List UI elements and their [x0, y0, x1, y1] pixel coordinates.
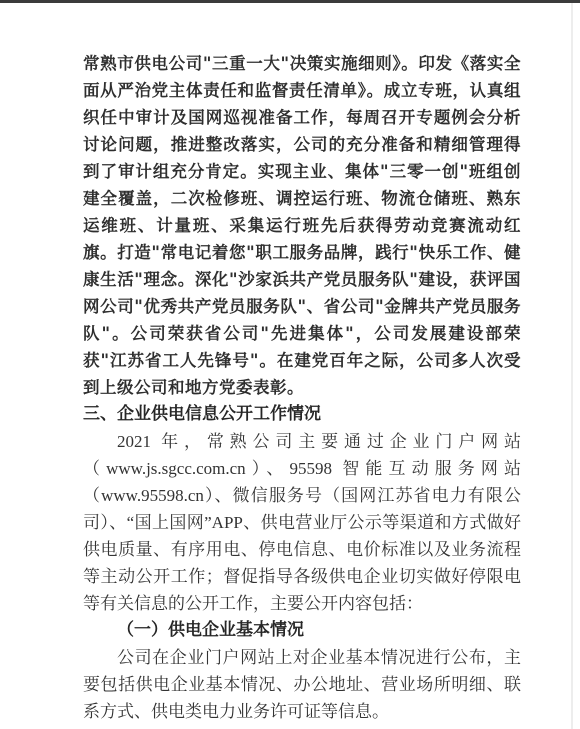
paragraph-info-disclosure-channels: 2021 年，常熟公司主要通过企业门户网站（www.js.sgcc.com.cn…	[83, 428, 521, 617]
subsection-heading-basic-situation: （一）供电企业基本情况	[83, 617, 521, 644]
paragraph-party-building: 常熟市供电公司"三重一大"决策实施细则》。印发《落实全面从严治党主体责任和监督责…	[83, 50, 521, 401]
top-border-bar	[0, 0, 580, 3]
paragraph-basic-info-content: 公司在企业门户网站上对企业基本情况进行公布，主要包括供电企业基本情况、办公地址、…	[83, 644, 521, 725]
document-body: 常熟市供电公司"三重一大"决策实施细则》。印发《落实全面从严治党主体责任和监督责…	[83, 50, 521, 725]
section-heading-enterprise-info-disclosure: 三、企业供电信息公开工作情况	[83, 401, 521, 428]
page-edge-line	[571, 3, 573, 729]
document-page: { "page": { "background_color": "#ffffff…	[0, 0, 580, 729]
